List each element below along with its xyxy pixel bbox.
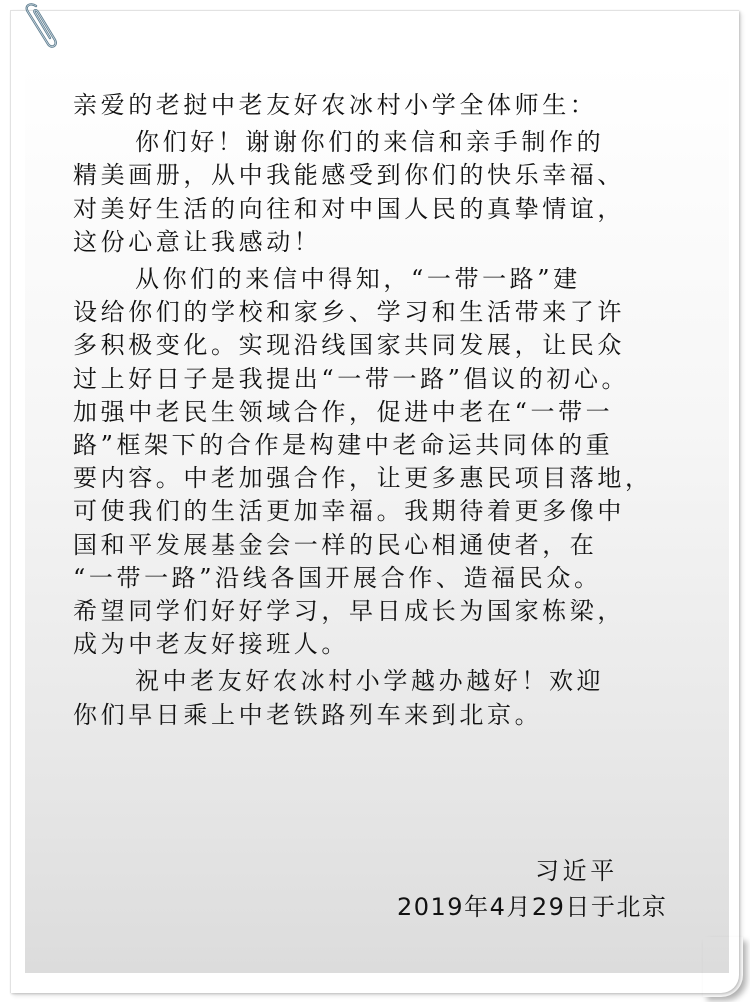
paragraph-line: 精美画册，从中我能感受到你们的快乐幸福、 — [73, 159, 713, 192]
paragraph-line: 过上好日子是我提出“一带一路”倡议的初心。 — [73, 363, 713, 396]
paragraph-line: “一带一路”沿线各国开展合作、造福民众。 — [73, 562, 713, 595]
paragraph-line: 祝中老友好农冰村小学越办越好！欢迎 — [73, 665, 713, 698]
paragraph-line: 多积极变化。实现沿线国家共同发展，让民众 — [73, 329, 713, 362]
paragraph-1: 你们好！谢谢你们的来信和亲手制作的 精美画册，从中我能感受到你们的快乐幸福、 对… — [73, 126, 713, 259]
paragraph-line: 要内容。中老加强合作，让更多惠民项目落地， — [73, 462, 713, 495]
paragraph-line: 你们早日乘上中老铁路列车来到北京。 — [73, 699, 713, 732]
paragraph-2: 从你们的来信中得知，“一带一路”建 设给你们的学校和家乡、学习和生活带来了许 多… — [73, 263, 713, 661]
paragraph-line: 你们好！谢谢你们的来信和亲手制作的 — [73, 126, 713, 159]
paragraph-line: 加强中老民生领域合作，促进中老在“一带一 — [73, 396, 713, 429]
signature-date: 2019年4月29日于北京 — [397, 887, 667, 922]
paper-frame: 亲爱的老挝中老友好农冰村小学全体师生： 你们好！谢谢你们的来信和亲手制作的 精美… — [10, 10, 739, 993]
paragraph-line: 从你们的来信中得知，“一带一路”建 — [73, 263, 713, 296]
paragraph-line: 设给你们的学校和家乡、学习和生活带来了许 — [73, 296, 713, 329]
salutation: 亲爱的老挝中老友好农冰村小学全体师生： — [73, 89, 713, 122]
paragraph-3: 祝中老友好农冰村小学越办越好！欢迎 你们早日乘上中老铁路列车来到北京。 — [73, 665, 713, 731]
paragraph-line: 希望同学们好好学习，早日成长为国家栋梁， — [73, 595, 713, 628]
paperclip-icon — [14, 0, 62, 56]
paragraph-line: 成为中老友好接班人。 — [73, 628, 713, 661]
paragraph-line: 可使我们的生活更加幸福。我期待着更多像中 — [73, 495, 713, 528]
paragraph-line: 国和平发展基金会一样的民心相通使者，在 — [73, 529, 713, 562]
paragraph-line: 对美好生活的向往和对中国人民的真挚情谊， — [73, 193, 713, 226]
paragraph-line: 路”框架下的合作是构建中老命运共同体的重 — [73, 429, 713, 462]
letter-sheet: 亲爱的老挝中老友好农冰村小学全体师生： 你们好！谢谢你们的来信和亲手制作的 精美… — [25, 61, 729, 973]
paragraph-line: 这份心意让我感动！ — [73, 226, 713, 259]
letter-body: 亲爱的老挝中老友好农冰村小学全体师生： 你们好！谢谢你们的来信和亲手制作的 精美… — [73, 89, 713, 732]
signature-name: 习近平 — [535, 851, 618, 886]
